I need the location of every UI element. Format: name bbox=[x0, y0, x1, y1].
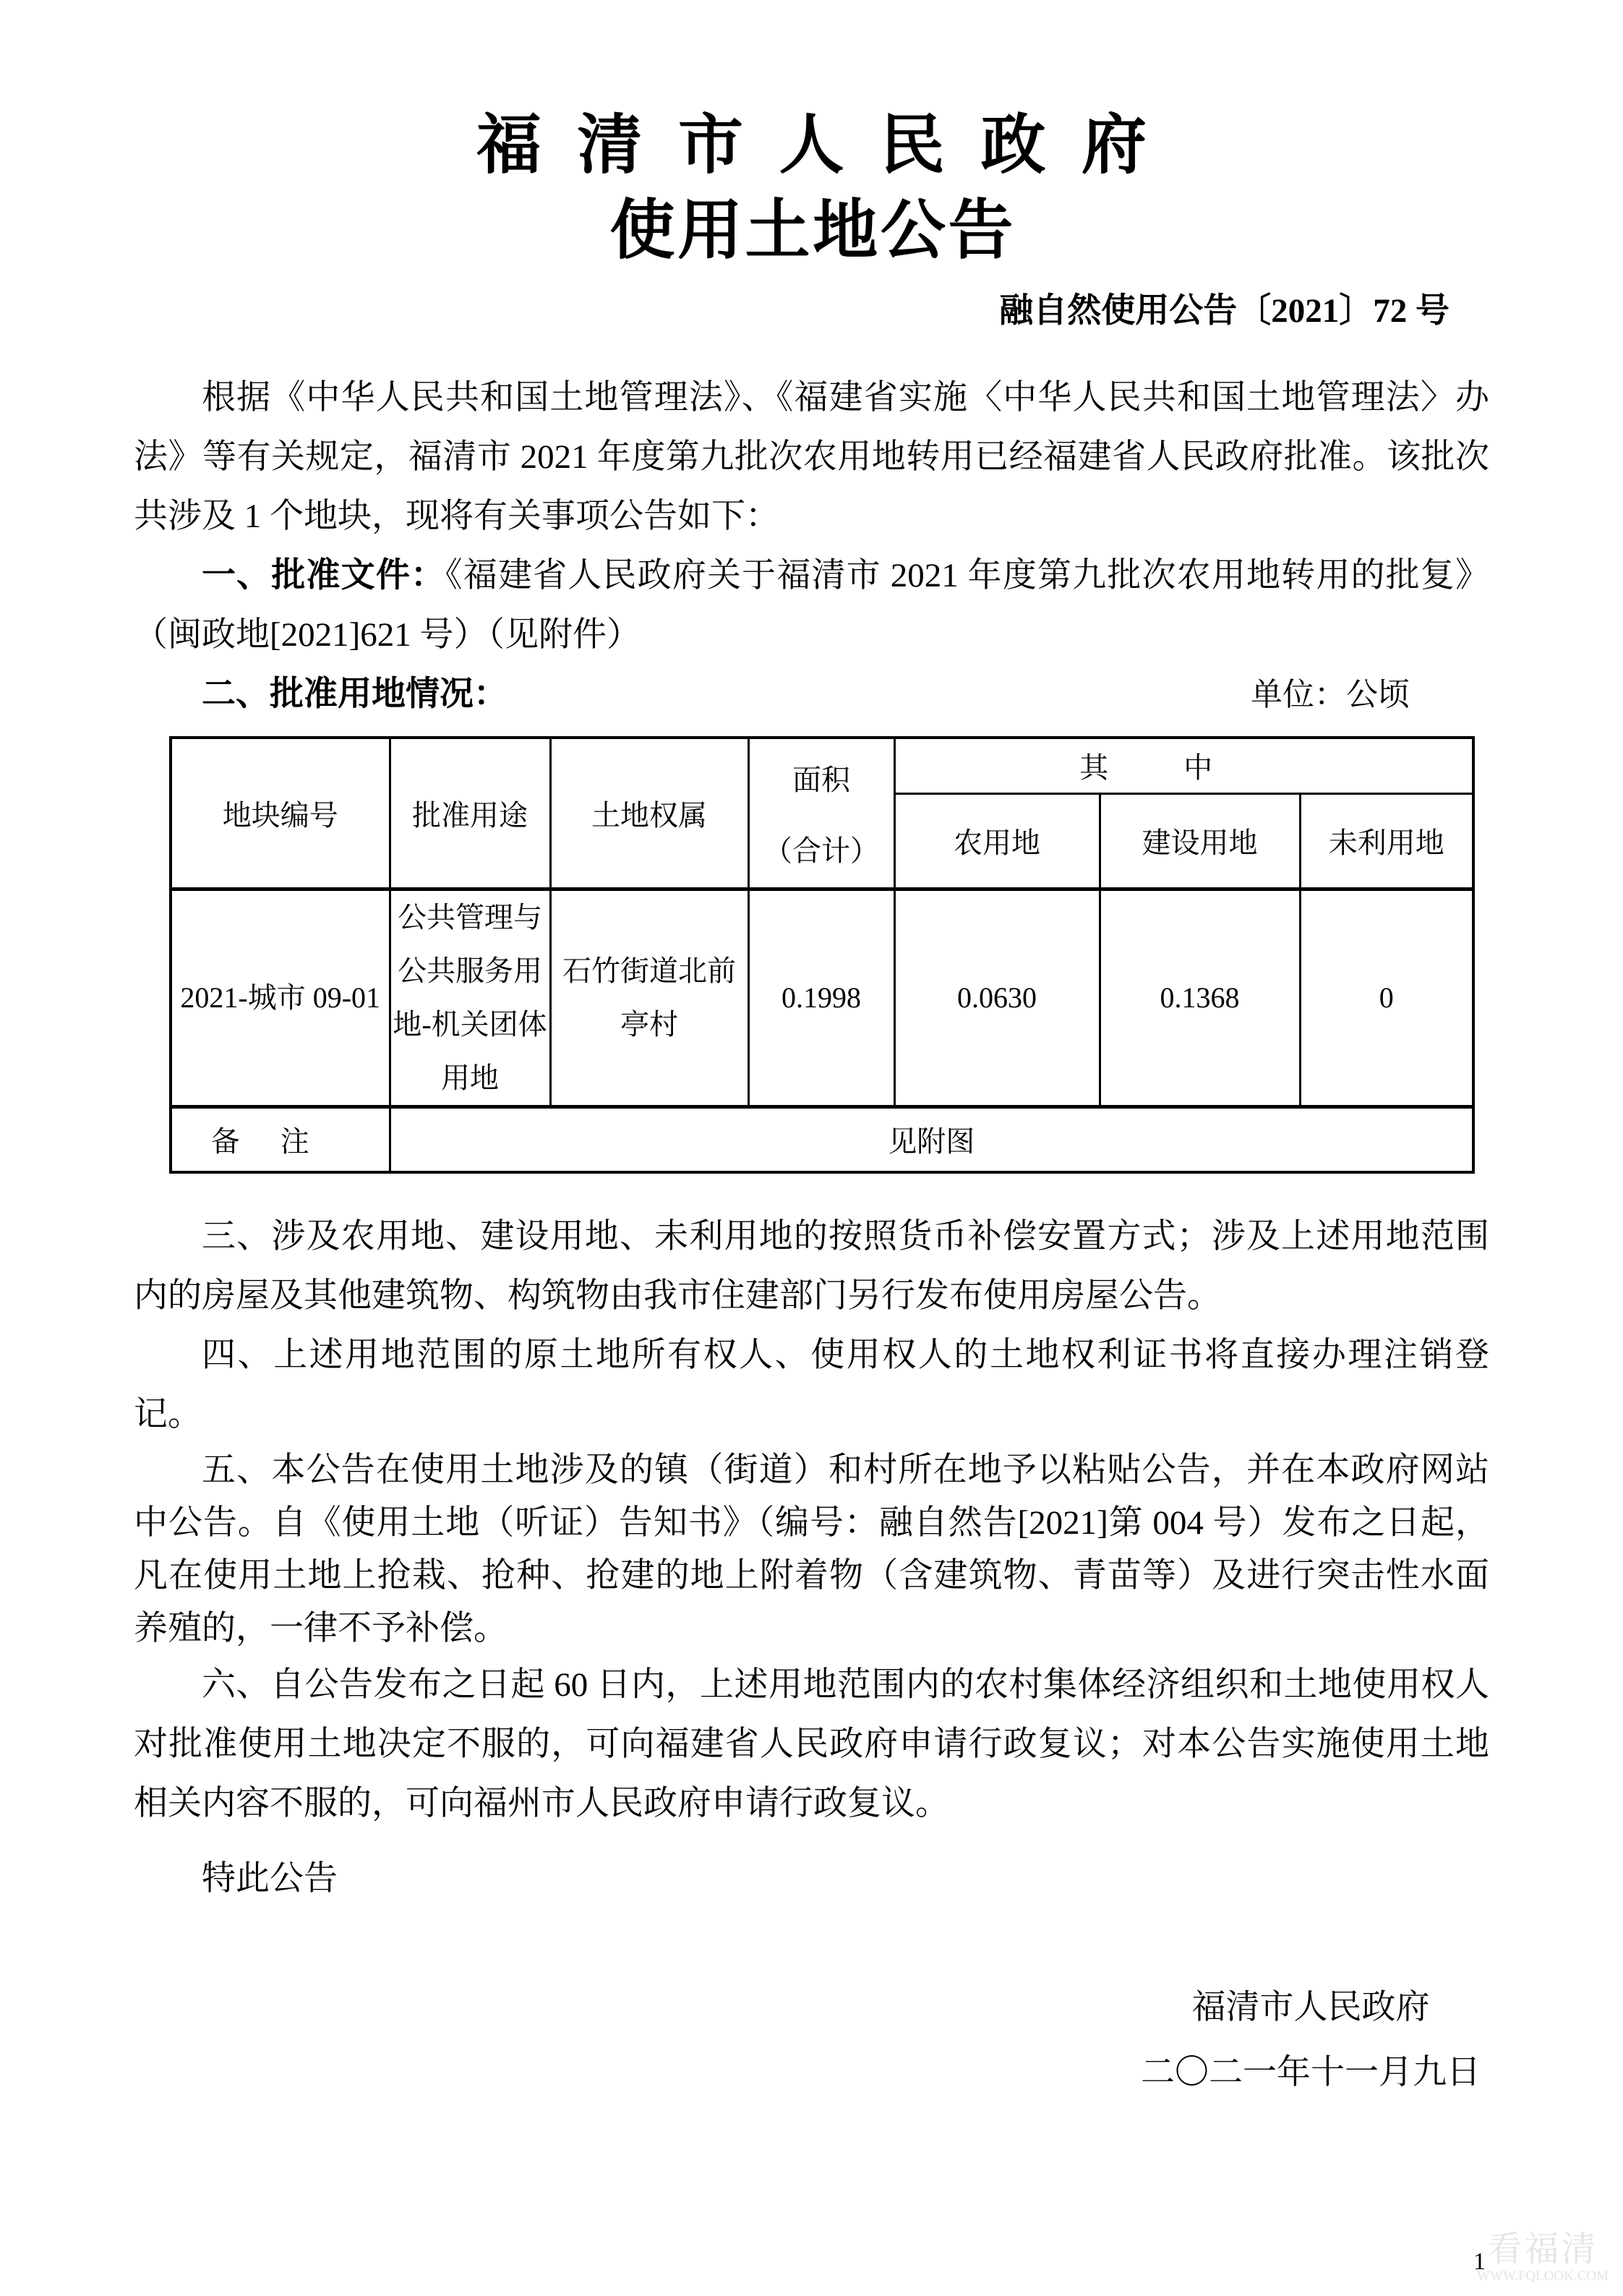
item3-paragraph: 三、涉及农用地、建设用地、未利用地的按照货币补偿安置方式；涉及上述用地范围内的房… bbox=[134, 1207, 1489, 1326]
closing-line: 特此公告 bbox=[134, 1849, 1489, 1908]
cell-agricultural: 0.0630 bbox=[894, 889, 1100, 1106]
header-approved-use: 批准用途 bbox=[390, 738, 550, 889]
header-area-line2: （合计） bbox=[750, 828, 894, 869]
header-area-line1: 面积 bbox=[750, 757, 894, 798]
remark-value: 见附图 bbox=[390, 1106, 1473, 1172]
signature-date: 二〇二一年十一月九日 bbox=[1141, 2040, 1481, 2105]
remark-label: 备注 bbox=[211, 1125, 350, 1158]
item4-paragraph: 四、上述用地范围的原土地所有权人、使用权人的土地权利证书将直接办理注销登记。 bbox=[134, 1326, 1489, 1444]
unit-note: 单位：公顷 bbox=[1251, 665, 1489, 725]
item1-label: 一、批准文件： bbox=[202, 557, 445, 594]
remark-label-cell: 备注 bbox=[171, 1106, 390, 1172]
watermark-url-text: WWW.FQLOOK.COM bbox=[1477, 2269, 1609, 2284]
header-construction: 建设用地 bbox=[1100, 793, 1300, 889]
cell-construction: 0.1368 bbox=[1100, 889, 1300, 1106]
signature-block: 福清市人民政府 二〇二一年十一月九日 bbox=[1141, 1975, 1481, 2105]
site-watermark: 看福清 WWW.FQLOOK.COM bbox=[1477, 2231, 1609, 2284]
item2-label: 二、批准用地情况： bbox=[134, 665, 508, 724]
cell-land-ownership: 石竹街道北前亭村 bbox=[550, 889, 748, 1106]
intro-paragraph: 根据《中华人民共和国土地管理法》、《福建省实施〈中华人民共和国土地管理法〉办法》… bbox=[134, 368, 1489, 546]
header-among-group: 其中 bbox=[894, 738, 1473, 794]
header-agricultural: 农用地 bbox=[894, 793, 1100, 889]
header-plot-number: 地块编号 bbox=[171, 738, 390, 889]
header-unused: 未利用地 bbox=[1300, 793, 1473, 889]
header-among-label: 其中 bbox=[1079, 751, 1288, 784]
approved-land-table: 地块编号 批准用途 土地权属 面积 （合计） 其中 农用地 建设用地 未利用地 … bbox=[169, 736, 1475, 1174]
page-title-line1: 福清市人民政府 bbox=[134, 108, 1489, 184]
header-area-total: 面积 （合计） bbox=[748, 738, 894, 889]
item2-row: 二、批准用地情况： 单位：公顷 bbox=[134, 665, 1489, 725]
item1-paragraph: 一、批准文件：《福建省人民政府关于福清市 2021 年度第九批次农用地转用的批复… bbox=[134, 546, 1489, 665]
item5-paragraph: 五、本公告在使用土地涉及的镇（街道）和村所在地予以粘贴公告，并在本政府网站中公告… bbox=[134, 1444, 1489, 1655]
table-row: 2021-城市 09-01 公共管理与公共服务用地-机关团体用地 石竹街道北前亭… bbox=[171, 889, 1473, 1106]
cell-plot-number: 2021-城市 09-01 bbox=[171, 889, 390, 1106]
table-header-row-1: 地块编号 批准用途 土地权属 面积 （合计） 其中 bbox=[171, 738, 1473, 794]
header-land-ownership: 土地权属 bbox=[550, 738, 748, 889]
table-remark-row: 备注 见附图 bbox=[171, 1106, 1473, 1172]
announcement-page: 福清市人民政府 使用土地公告 融自然使用公告〔2021〕72 号 根据《中华人民… bbox=[0, 0, 1623, 2296]
watermark-logo-text: 看福清 bbox=[1477, 2231, 1609, 2269]
signature-organization: 福清市人民政府 bbox=[1141, 1975, 1481, 2040]
item6-paragraph: 六、自公告发布之日起 60 日内，上述用地范围内的农村集体经济组织和土地使用权人… bbox=[134, 1655, 1489, 1833]
cell-area-total: 0.1998 bbox=[748, 889, 894, 1106]
document-number: 融自然使用公告〔2021〕72 号 bbox=[134, 293, 1489, 330]
cell-unused: 0 bbox=[1300, 889, 1473, 1106]
page-title-line2: 使用土地公告 bbox=[134, 194, 1489, 269]
cell-approved-use: 公共管理与公共服务用地-机关团体用地 bbox=[390, 889, 550, 1106]
